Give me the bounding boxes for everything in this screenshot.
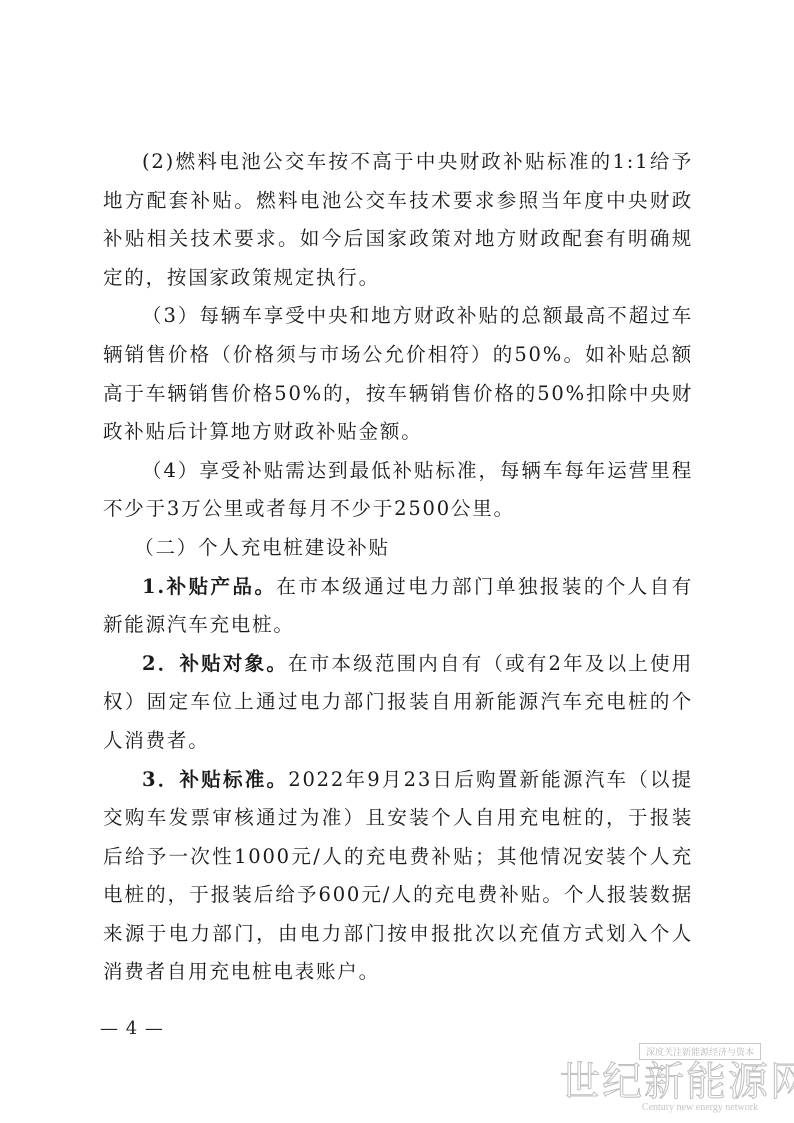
- paragraph-bold-prefix: 3．补贴标准。: [142, 768, 288, 791]
- paragraph-subsidy-cap: （3）每辆车享受中央和地方财政补贴的总额最高不超过车辆销售价格（价格须与市场公允…: [103, 297, 693, 451]
- section-heading-text: （二）个人充电桩建设补贴: [134, 536, 390, 559]
- paragraph-bold-prefix: 1.补贴产品。: [142, 575, 276, 598]
- paragraph-bold-prefix: 2．补贴对象。: [142, 652, 288, 675]
- paragraph-text: （4）享受补贴需达到最低补贴标准，每辆车每年运营里程不少于3万公里或者每月不少于…: [103, 459, 693, 521]
- watermark: 深度关注新能源经济与资本 世纪新能源网 Century new energy n…: [560, 1040, 790, 1120]
- paragraph-text: （3）每辆车享受中央和地方财政补贴的总额最高不超过车辆销售价格（价格须与市场公允…: [103, 304, 693, 443]
- document-body: (2)燃料电池公交车按不高于中央财政补贴标准的1:1给予地方配套补贴。燃料电池公…: [103, 143, 693, 992]
- paragraph-subsidy-standard: 3．补贴标准。2022年9月23日后购置新能源汽车（以提交购车发票审核通过为准）…: [103, 761, 693, 993]
- paragraph-mileage-requirement: （4）享受补贴需达到最低补贴标准，每辆车每年运营里程不少于3万公里或者每月不少于…: [103, 452, 693, 529]
- watermark-logo-title: 世纪新能源网: [560, 1060, 790, 1104]
- paragraph-text: (2)燃料电池公交车按不高于中央财政补贴标准的1:1给予地方配套补贴。燃料电池公…: [103, 150, 693, 289]
- paragraph-subsidy-target: 2．补贴对象。在市本级范围内自有（或有2年及以上使用权）固定车位上通过电力部门报…: [103, 645, 693, 761]
- document-page: (2)燃料电池公交车按不高于中央财政补贴标准的1:1给予地方配套补贴。燃料电池公…: [0, 0, 794, 1123]
- page-number: — 4 —: [100, 1018, 164, 1039]
- section-heading-personal-charging: （二）个人充电桩建设补贴: [103, 529, 693, 568]
- watermark-tagline: 深度关注新能源经济与资本: [639, 1043, 761, 1060]
- paragraph-subsidy-product: 1.补贴产品。在市本级通过电力部门单独报装的个人自有新能源汽车充电桩。: [103, 568, 693, 645]
- paragraph-text: 2022年9月23日后购置新能源汽车（以提交购车发票审核通过为准）且安装个人自用…: [103, 768, 693, 984]
- paragraph-fuel-cell-bus: (2)燃料电池公交车按不高于中央财政补贴标准的1:1给予地方配套补贴。燃料电池公…: [103, 143, 693, 297]
